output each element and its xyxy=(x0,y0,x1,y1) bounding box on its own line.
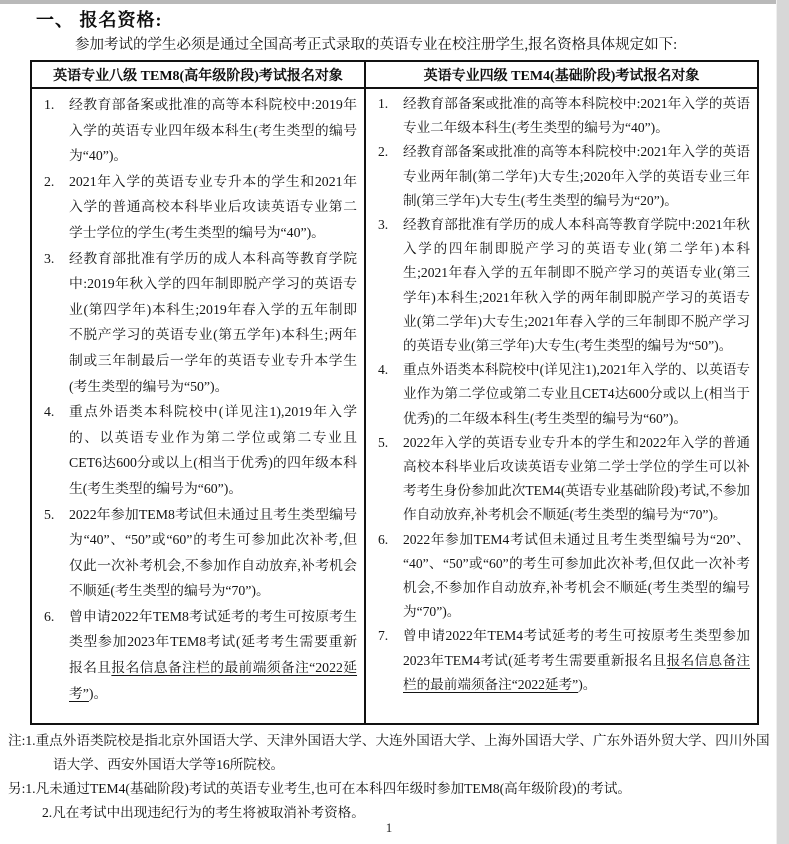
item-text: 2022年入学的英语专业专升本的学生和2022年入学的普通高校本科毕业后攻读英语… xyxy=(403,435,750,523)
item-text: 重点外语类本科院校中(详见注1),2019年入学的、以英语专业作为第二学位或第二… xyxy=(69,404,357,496)
list-item: 1.经教育部备案或批准的高等本科院校中:2019年入学的英语专业四年级本科生(考… xyxy=(42,92,357,169)
item-text: 经教育部备案或批准的高等本科院校中:2019年入学的英语专业四年级本科生(考生类… xyxy=(69,97,357,163)
list-item: 5.2022年参加TEM8考试但未通过且考生类型编号为“40”、“50”或“60… xyxy=(42,502,357,604)
item-number: 2. xyxy=(378,140,388,164)
item-number: 5. xyxy=(378,431,388,455)
footnote-key-schools: 注:1.重点外语类院校是指北京外国语大学、天津外国语大学、大连外国语大学、上海外… xyxy=(8,729,780,777)
item-number: 5. xyxy=(44,502,54,528)
item-text: 2021年入学的英语专业专升本的学生和2021年入学的普通高校本科毕业后攻读英语… xyxy=(69,174,357,240)
document-page: 一、 报名资格: 参加考试的学生必须是通过全国高考正式录取的英语专业在校注册学生… xyxy=(0,0,789,844)
item-number: 6. xyxy=(44,604,54,630)
list-item: 5.2022年入学的英语专业专升本的学生和2022年入学的普通高校本科毕业后攻读… xyxy=(376,431,750,528)
item-text: 经教育部备案或批准的高等本科院校中:2021年入学的英语专业二年级本科生(考生类… xyxy=(403,96,750,135)
list-item: 3.经教育部批准有学历的成人本科高等教育学院中:2021年秋入学的四年制即脱产学… xyxy=(376,213,750,358)
item-text: 经教育部备案或批准的高等本科院校中:2021年入学的英语专业两年制(第二学年)大… xyxy=(403,144,750,207)
list-item: 7.曾申请2022年TEM4考试延考的考生可按原考生类型参加2023年TEM4考… xyxy=(376,624,750,697)
tem8-item-list: 1.经教育部备案或批准的高等本科院校中:2019年入学的英语专业四年级本科生(考… xyxy=(32,92,364,723)
tem8-column-header: 英语专业八级 TEM8(高年级阶段)考试报名对象 xyxy=(32,62,364,89)
item-number: 7. xyxy=(378,624,388,648)
footnote-additional-1: 另:1.凡未通过TEM4(基础阶段)考试的英语专业考生,也可在本科四年级时参加T… xyxy=(8,777,780,801)
list-item: 4.重点外语类本科院校中(详见注1),2019年入学的、以英语专业作为第二学位或… xyxy=(42,399,357,501)
item-number: 3. xyxy=(378,213,388,237)
page-number: 1 xyxy=(0,820,778,836)
page-title: 一、 报名资格: xyxy=(36,6,163,32)
item-number: 1. xyxy=(44,92,54,118)
page-top-edge xyxy=(0,0,789,4)
tem4-item-list: 1.经教育部备案或批准的高等本科院校中:2021年入学的英语专业二年级本科生(考… xyxy=(366,92,757,723)
tem4-column: 英语专业四级 TEM4(基础阶段)考试报名对象 1.经教育部备案或批准的高等本科… xyxy=(366,62,757,723)
item-text: 2022年参加TEM8考试但未通过且考生类型编号为“40”、“50”或“60”的… xyxy=(69,507,357,599)
item-text: 经教育部批准有学历的成人本科高等教育学院中:2021年秋入学的四年制即脱产学习的… xyxy=(403,217,750,353)
list-item: 2.经教育部备案或批准的高等本科院校中:2021年入学的英语专业两年制(第二学年… xyxy=(376,140,750,213)
item-text: 重点外语类本科院校中(详见注1),2021年入学的、以英语专业作为第二学位或第二… xyxy=(403,362,750,425)
registration-table: 英语专业八级 TEM8(高年级阶段)考试报名对象 1.经教育部备案或批准的高等本… xyxy=(30,60,759,725)
item-text: 曾申请2022年TEM8考试延考的考生可按原考生类型参加2023年TEM8考试(… xyxy=(69,609,357,701)
item-number: 2. xyxy=(44,169,54,195)
item-number: 4. xyxy=(378,358,388,382)
item-number: 1. xyxy=(378,92,388,116)
tem8-column: 英语专业八级 TEM8(高年级阶段)考试报名对象 1.经教育部备案或批准的高等本… xyxy=(32,62,366,723)
item-text: 2022年参加TEM4考试但未通过且考生类型编号为“20”、“40”、“50”或… xyxy=(403,532,750,620)
list-item: 6.2022年参加TEM4考试但未通过且考生类型编号为“20”、“40”、“50… xyxy=(376,528,750,625)
item-number: 6. xyxy=(378,528,388,552)
item-number: 4. xyxy=(44,399,54,425)
list-item: 3.经教育部批准有学历的成人本科高等教育学院中:2019年秋入学的四年制即脱产学… xyxy=(42,246,357,400)
list-item: 6.曾申请2022年TEM8考试延考的考生可按原考生类型参加2023年TEM8考… xyxy=(42,604,357,706)
footnotes: 注:1.重点外语类院校是指北京外国语大学、天津外国语大学、大连外国语大学、上海外… xyxy=(8,729,780,825)
item-text: 经教育部批准有学历的成人本科高等教育学院中:2019年秋入学的四年制即脱产学习的… xyxy=(69,251,357,394)
page-right-edge xyxy=(776,0,789,844)
item-number: 3. xyxy=(44,246,54,272)
list-item: 2.2021年入学的英语专业专升本的学生和2021年入学的普通高校本科毕业后攻读… xyxy=(42,169,357,246)
list-item: 1.经教育部备案或批准的高等本科院校中:2021年入学的英语专业二年级本科生(考… xyxy=(376,92,750,140)
list-item: 4.重点外语类本科院校中(详见注1),2021年入学的、以英语专业作为第二学位或… xyxy=(376,358,750,431)
item-text: 曾申请2022年TEM4考试延考的考生可按原考生类型参加2023年TEM4考试(… xyxy=(403,628,750,691)
intro-paragraph: 参加考试的学生必须是通过全国高考正式录取的英语专业在校注册学生,报名资格具体规定… xyxy=(30,34,765,56)
tem4-column-header: 英语专业四级 TEM4(基础阶段)考试报名对象 xyxy=(366,62,757,89)
